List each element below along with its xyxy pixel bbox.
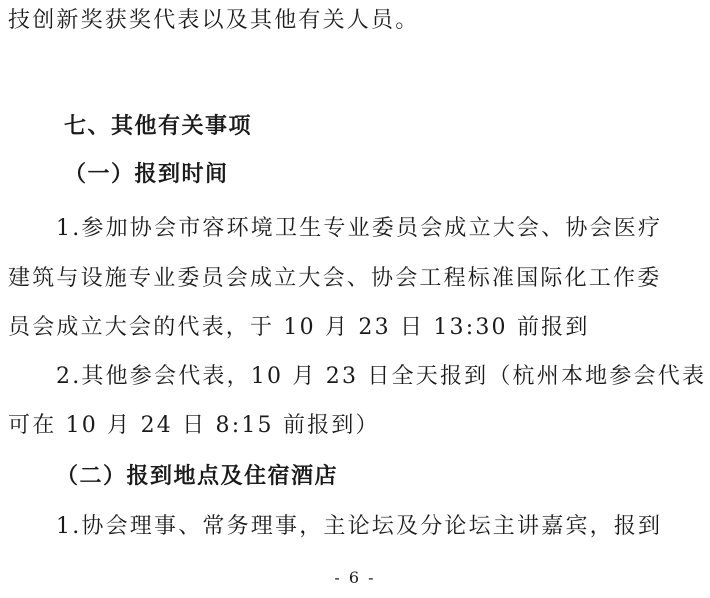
- list-item-1-line-2: 建筑与设施专业委员会成立大会、协会工程标准国际化工作委: [8, 264, 661, 294]
- subsection-heading-registration-location: （二）报到地点及住宿酒店: [56, 462, 338, 492]
- paragraph-continuation: 技创新奖获奖代表以及其他有关人员。: [8, 6, 419, 36]
- list-item-3-line-1: 1.协会理事、常务理事，主论坛及分论坛主讲嘉宾，报到: [56, 512, 662, 542]
- list-item-1-line-1: 1.参加协会市容环境卫生专业委员会成立大会、协会医疗: [56, 214, 662, 244]
- subsection-heading-registration-time: （一）报到时间: [64, 160, 229, 190]
- list-item-1-line-3: 员会成立大会的代表，于 10 月 23 日 13:30 前报到: [8, 313, 590, 343]
- list-item-2-line-1: 2.其他参会代表，10 月 23 日全天报到（杭州本地参会代表: [56, 362, 706, 392]
- list-item-2-line-2: 可在 10 月 24 日 8:15 前报到）: [8, 411, 380, 441]
- page-number: - 6 -: [0, 568, 710, 587]
- section-heading-other-matters: 七、其他有关事项: [64, 112, 252, 142]
